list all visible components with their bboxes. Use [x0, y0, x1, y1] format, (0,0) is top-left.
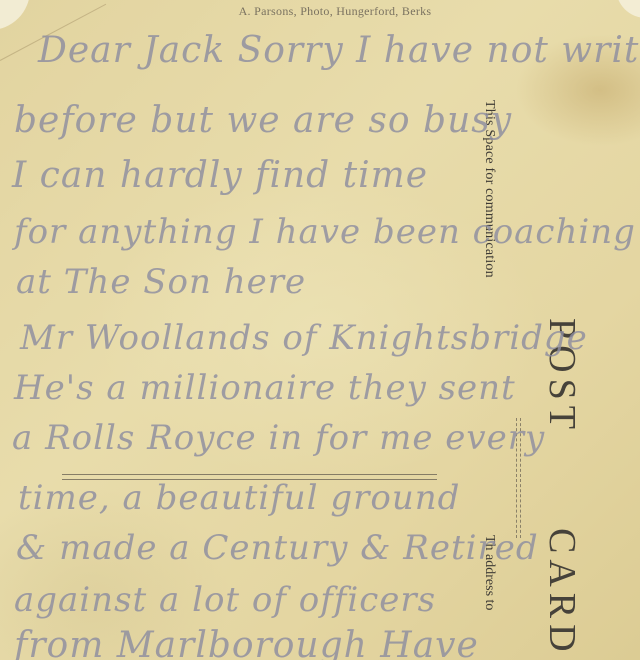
handwriting-line: before but we are so busy — [14, 100, 512, 141]
handwriting-line: a Rolls Royce in for me every — [12, 418, 545, 458]
handwriting-line: from Marlborough Have — [14, 625, 479, 660]
handwriting-line: Dear Jack Sorry I have not written — [38, 30, 640, 71]
handwriting-line: time, a beautiful ground — [18, 478, 460, 518]
handwriting-line: at The Son here — [16, 262, 306, 302]
handwriting-line: He's a millionaire they sent — [14, 368, 516, 408]
post-card-title-card: CARD — [540, 528, 584, 658]
photographer-imprint: A. Parsons, Photo, Hungerford, Berks — [0, 4, 640, 19]
postcard-back: A. Parsons, Photo, Hungerford, Berks Thi… — [0, 0, 640, 660]
handwriting-line: I can hardly find time — [12, 155, 428, 196]
handwriting-line: for anything I have been coaching — [14, 212, 636, 252]
handwriting-line: against a lot of officers — [14, 580, 436, 620]
handwriting-line: Mr Woollands of Knightsbridge — [20, 318, 588, 358]
handwriting-line: & made a Century & Retired — [16, 528, 539, 568]
